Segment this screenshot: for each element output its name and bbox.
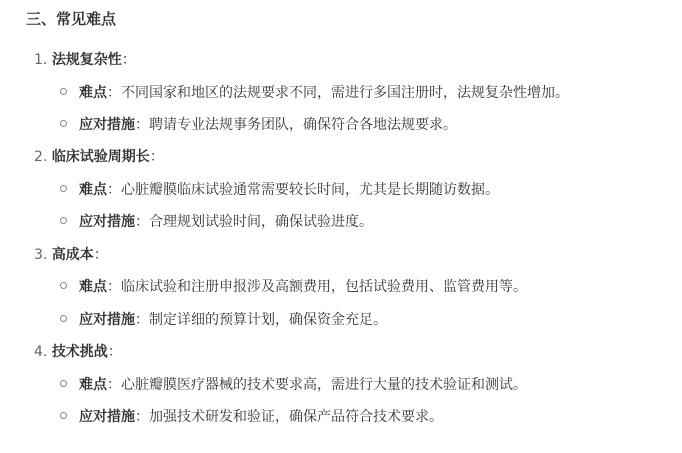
item-title: 技术挑战 <box>52 344 108 360</box>
circle-bullet-icon <box>60 315 67 322</box>
circle-bullet-icon <box>60 412 67 419</box>
sub-item-difficulty: 难点：临床试验和注册申报涉及高额费用，包括试验费用、监管费用等。 <box>60 277 527 297</box>
circle-bullet-icon <box>60 282 67 289</box>
item-number: 4. <box>34 344 47 360</box>
sub-item-difficulty: 难点：心脏瓣膜医疗器械的技术要求高，需进行大量的技术验证和测试。 <box>60 375 527 395</box>
list-item-2: 2. 临床试验周期长： <box>34 147 164 167</box>
list-item-1: 1. 法规复杂性： <box>34 50 136 70</box>
circle-bullet-icon <box>60 120 67 127</box>
sub-item-difficulty: 难点：心脏瓣膜临床试验通常需要较长时间，尤其是长期随访数据。 <box>60 180 499 200</box>
circle-bullet-icon <box>60 380 67 387</box>
sub-item-measure: 应对措施：合理规划试验时间，确保试验进度。 <box>60 212 373 232</box>
item-title: 法规复杂性 <box>52 52 122 68</box>
item-number: 3. <box>34 247 47 263</box>
item-number: 1. <box>34 52 47 68</box>
sub-item-difficulty: 难点：不同国家和地区的法规要求不同，需进行多国注册时，法规复杂性增加。 <box>60 83 569 103</box>
list-item-4: 4. 技术挑战： <box>34 342 122 362</box>
item-title: 临床试验周期长 <box>52 149 150 165</box>
item-number: 2. <box>34 149 47 165</box>
sub-item-measure: 应对措施：加强技术研发和验证，确保产品符合技术要求。 <box>60 407 443 427</box>
list-item-3: 3. 高成本： <box>34 245 108 265</box>
section-heading: 三、常见难点 <box>26 8 116 30</box>
circle-bullet-icon <box>60 88 67 95</box>
circle-bullet-icon <box>60 185 67 192</box>
sub-item-measure: 应对措施：聘请专业法规事务团队，确保符合各地法规要求。 <box>60 115 457 135</box>
circle-bullet-icon <box>60 217 67 224</box>
item-title: 高成本 <box>52 247 94 263</box>
sub-item-measure: 应对措施：制定详细的预算计划，确保资金充足。 <box>60 310 387 330</box>
